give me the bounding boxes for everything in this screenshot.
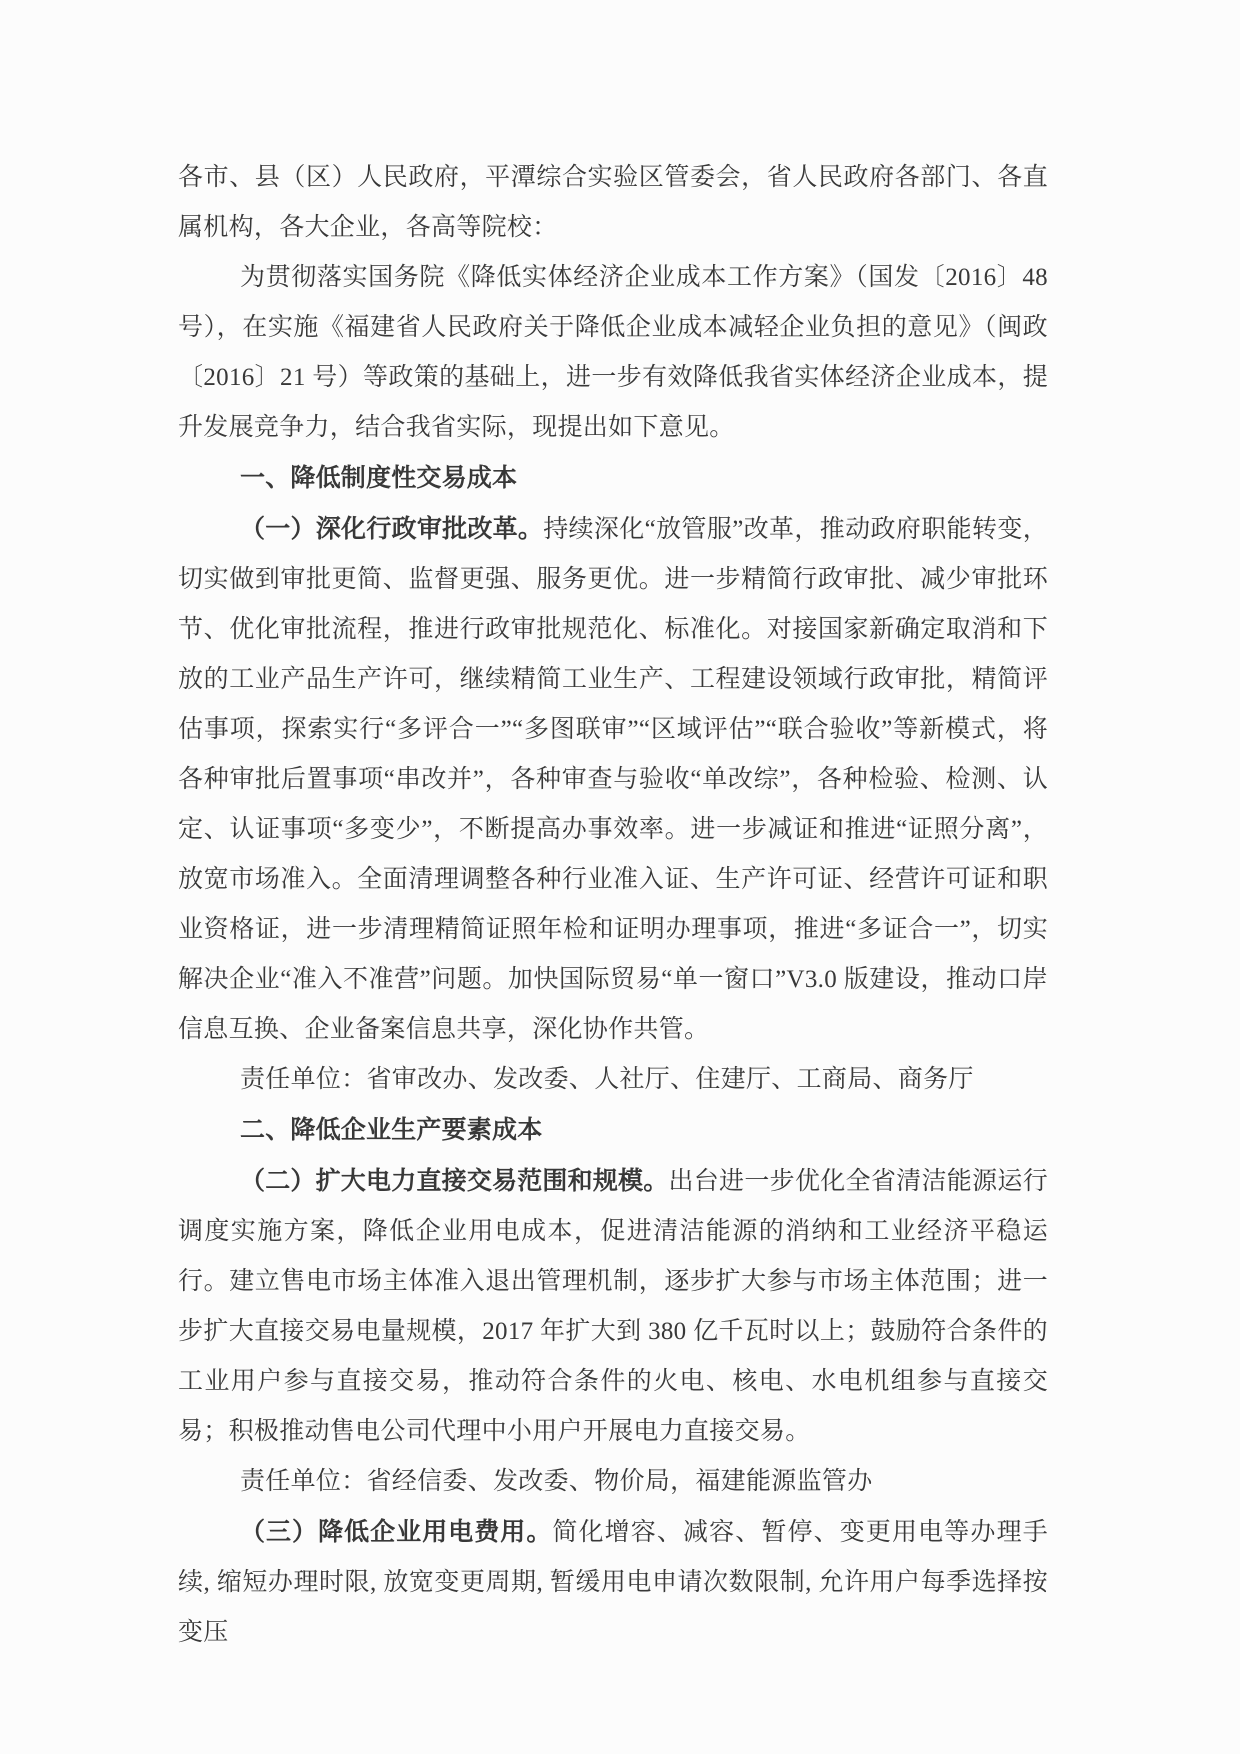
- emphasis-text: （三）降低企业用电费用。: [240, 1517, 552, 1546]
- document-body: 各市、县（区）人民政府，平潭综合实验区管委会，省人民政府各部门、各直属机构，各大…: [178, 153, 1048, 1658]
- paragraph: 责任单位：省经信委、发改委、物价局，福建能源监管办: [178, 1457, 1048, 1507]
- document-page: 各市、县（区）人民政府，平潭综合实验区管委会，省人民政府各部门、各直属机构，各大…: [0, 0, 1240, 1754]
- section-heading: 一、降低制度性交易成本: [178, 453, 1048, 504]
- paragraph: 各市、县（区）人民政府，平潭综合实验区管委会，省人民政府各部门、各直属机构，各大…: [178, 153, 1048, 253]
- emphasis-text: （二）扩大电力直接交易范围和规模。: [240, 1166, 668, 1195]
- paragraph: 为贯彻落实国务院《降低实体经济企业成本工作方案》（国发〔2016〕48 号），在…: [178, 253, 1048, 453]
- body-text: 各市、县（区）人民政府，平潭综合实验区管委会，省人民政府各部门、各直属机构，各大…: [178, 164, 1048, 241]
- body-text: 出台进一步优化全省清洁能源运行调度实施方案，降低企业用电成本，促进清洁能源的消纳…: [178, 1168, 1048, 1445]
- body-text: 责任单位：省经信委、发改委、物价局，福建能源监管办: [240, 1468, 873, 1495]
- paragraph: （二）扩大电力直接交易范围和规模。出台进一步优化全省清洁能源运行调度实施方案，降…: [178, 1156, 1048, 1457]
- paragraph: （一）深化行政审批改革。持续深化“放管服”改革，推动政府职能转变，切实做到审批更…: [178, 504, 1048, 1055]
- emphasis-text: 二、降低企业生产要素成本: [240, 1115, 542, 1144]
- paragraph: （三）降低企业用电费用。简化增容、减容、暂停、变更用电等办理手续, 缩短办理时限…: [178, 1507, 1048, 1658]
- body-text: 责任单位：省审改办、发改委、人社厅、住建厅、工商局、商务厅: [240, 1066, 974, 1093]
- section-heading: 二、降低企业生产要素成本: [178, 1105, 1048, 1156]
- body-text: 持续深化“放管服”改革，推动政府职能转变，切实做到审批更简、监督更强、服务更优。…: [178, 516, 1048, 1043]
- emphasis-text: 一、降低制度性交易成本: [240, 463, 517, 492]
- body-text: 为贯彻落实国务院《降低实体经济企业成本工作方案》（国发〔2016〕48 号），在…: [178, 264, 1048, 441]
- emphasis-text: （一）深化行政审批改革。: [240, 514, 543, 543]
- paragraph: 责任单位：省审改办、发改委、人社厅、住建厅、工商局、商务厅: [178, 1055, 1048, 1105]
